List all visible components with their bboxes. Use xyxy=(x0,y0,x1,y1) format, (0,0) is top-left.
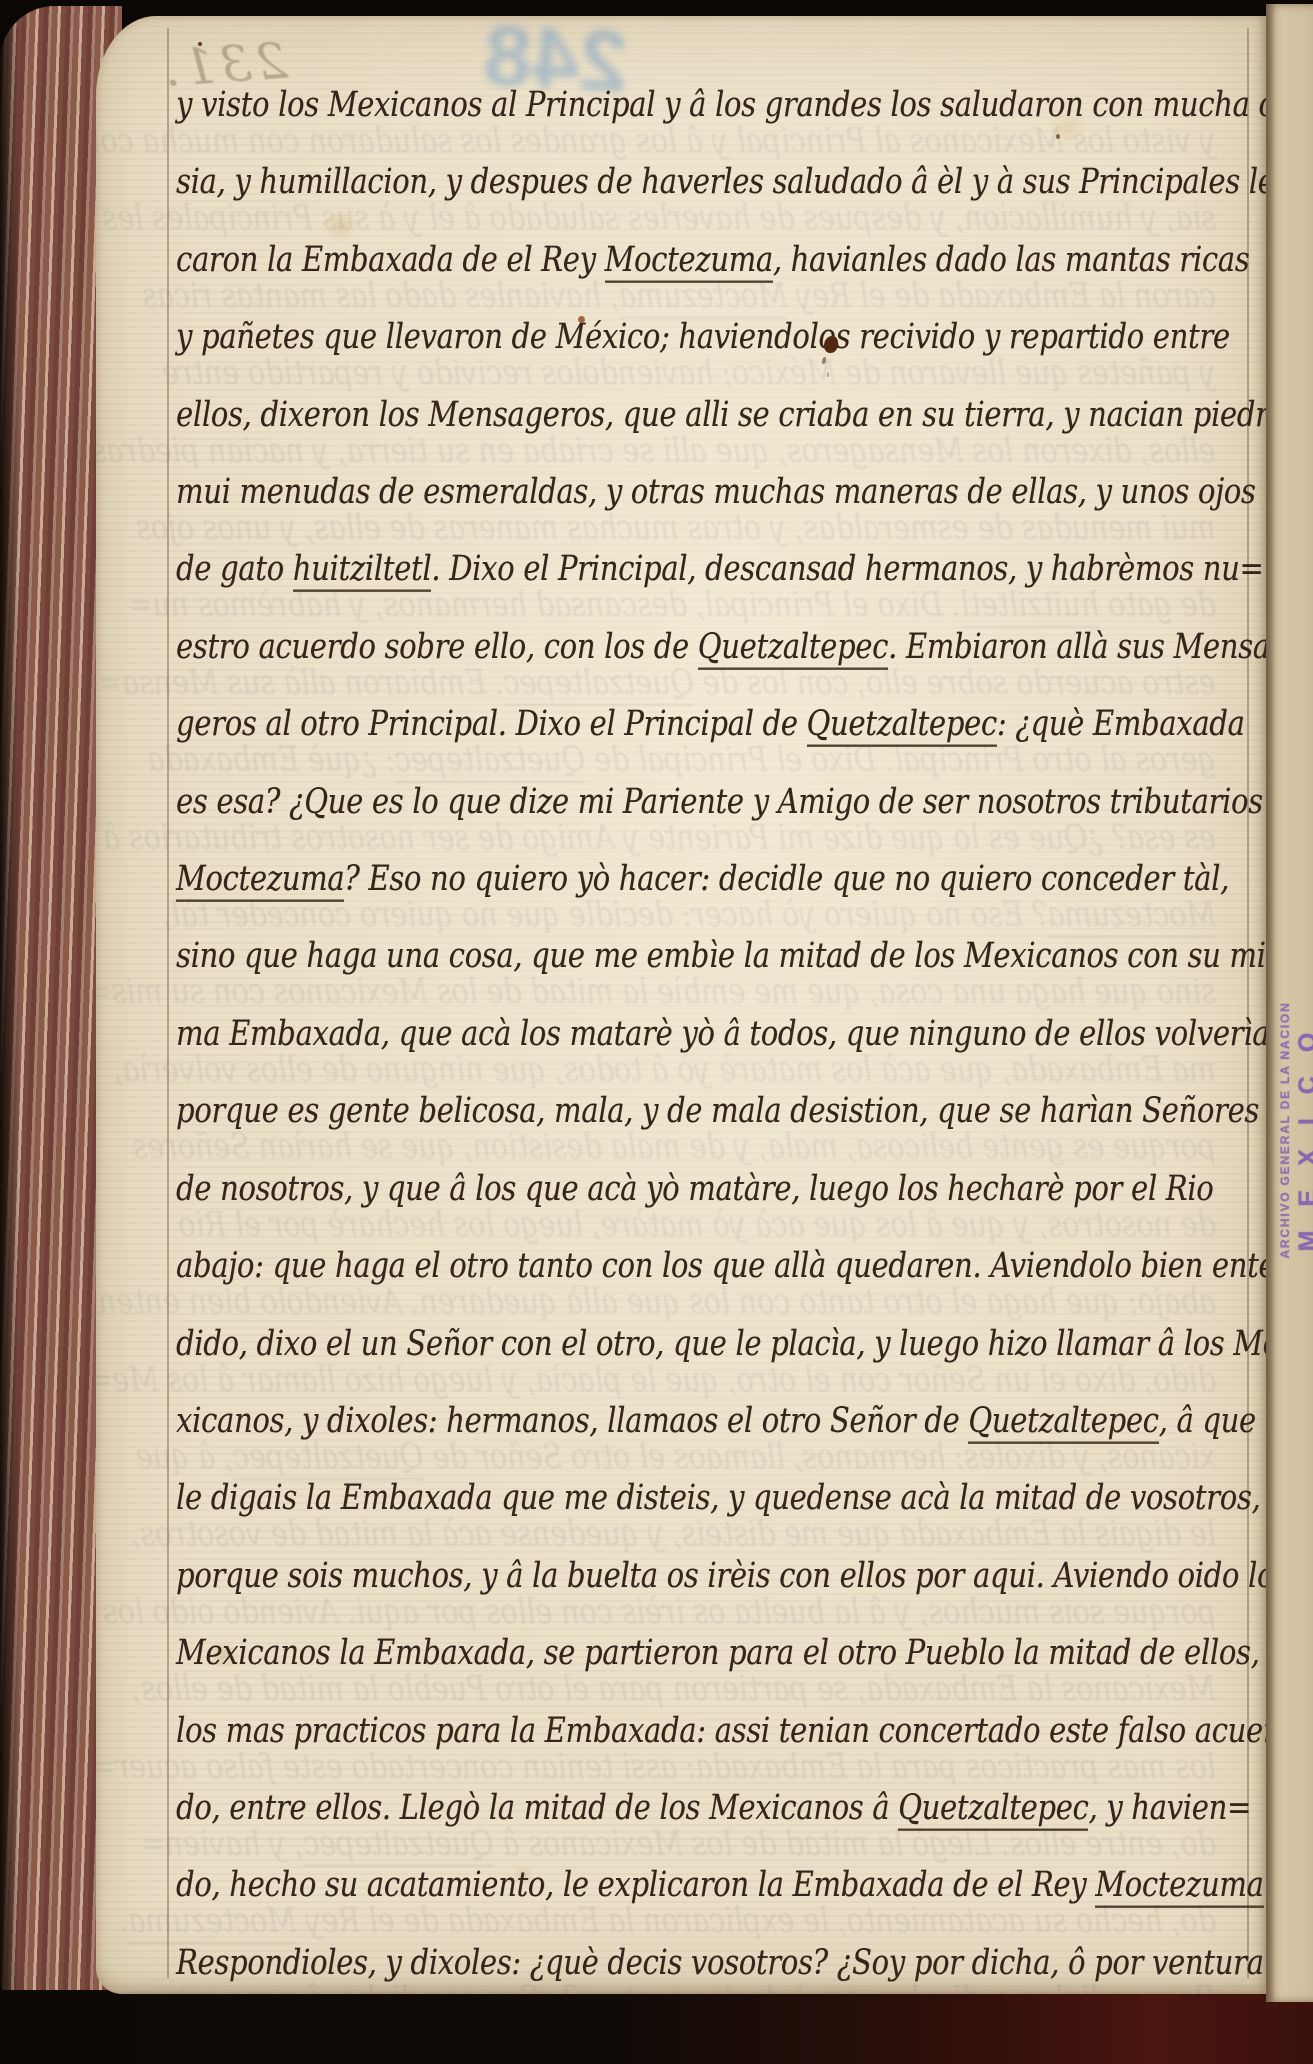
manuscript-photo: 231. 248 y visto los Mexicanos al Princi… xyxy=(0,0,1313,2064)
book-binding xyxy=(0,1990,1313,2064)
manuscript-lines: y visto los Mexicanos al Principal y â l… xyxy=(176,66,1266,1994)
archive-stamp-mexico: MEXICO xyxy=(1293,940,1313,1320)
ink-speck xyxy=(1056,134,1060,139)
archive-stamp-text: ARCHIVO GENERAL DE LA NACION xyxy=(1277,940,1293,1320)
ink-speck xyxy=(198,42,202,46)
ink-blot xyxy=(578,316,585,323)
archive-stamp: ARCHIVO GENERAL DE LA NACION MEXICO xyxy=(1277,940,1313,1320)
manuscript-page: 231. 248 y visto los Mexicanos al Princi… xyxy=(96,16,1266,1994)
manuscript-line: Respondioles, y dixoles: ¿què decis voso… xyxy=(176,1916,1266,1994)
